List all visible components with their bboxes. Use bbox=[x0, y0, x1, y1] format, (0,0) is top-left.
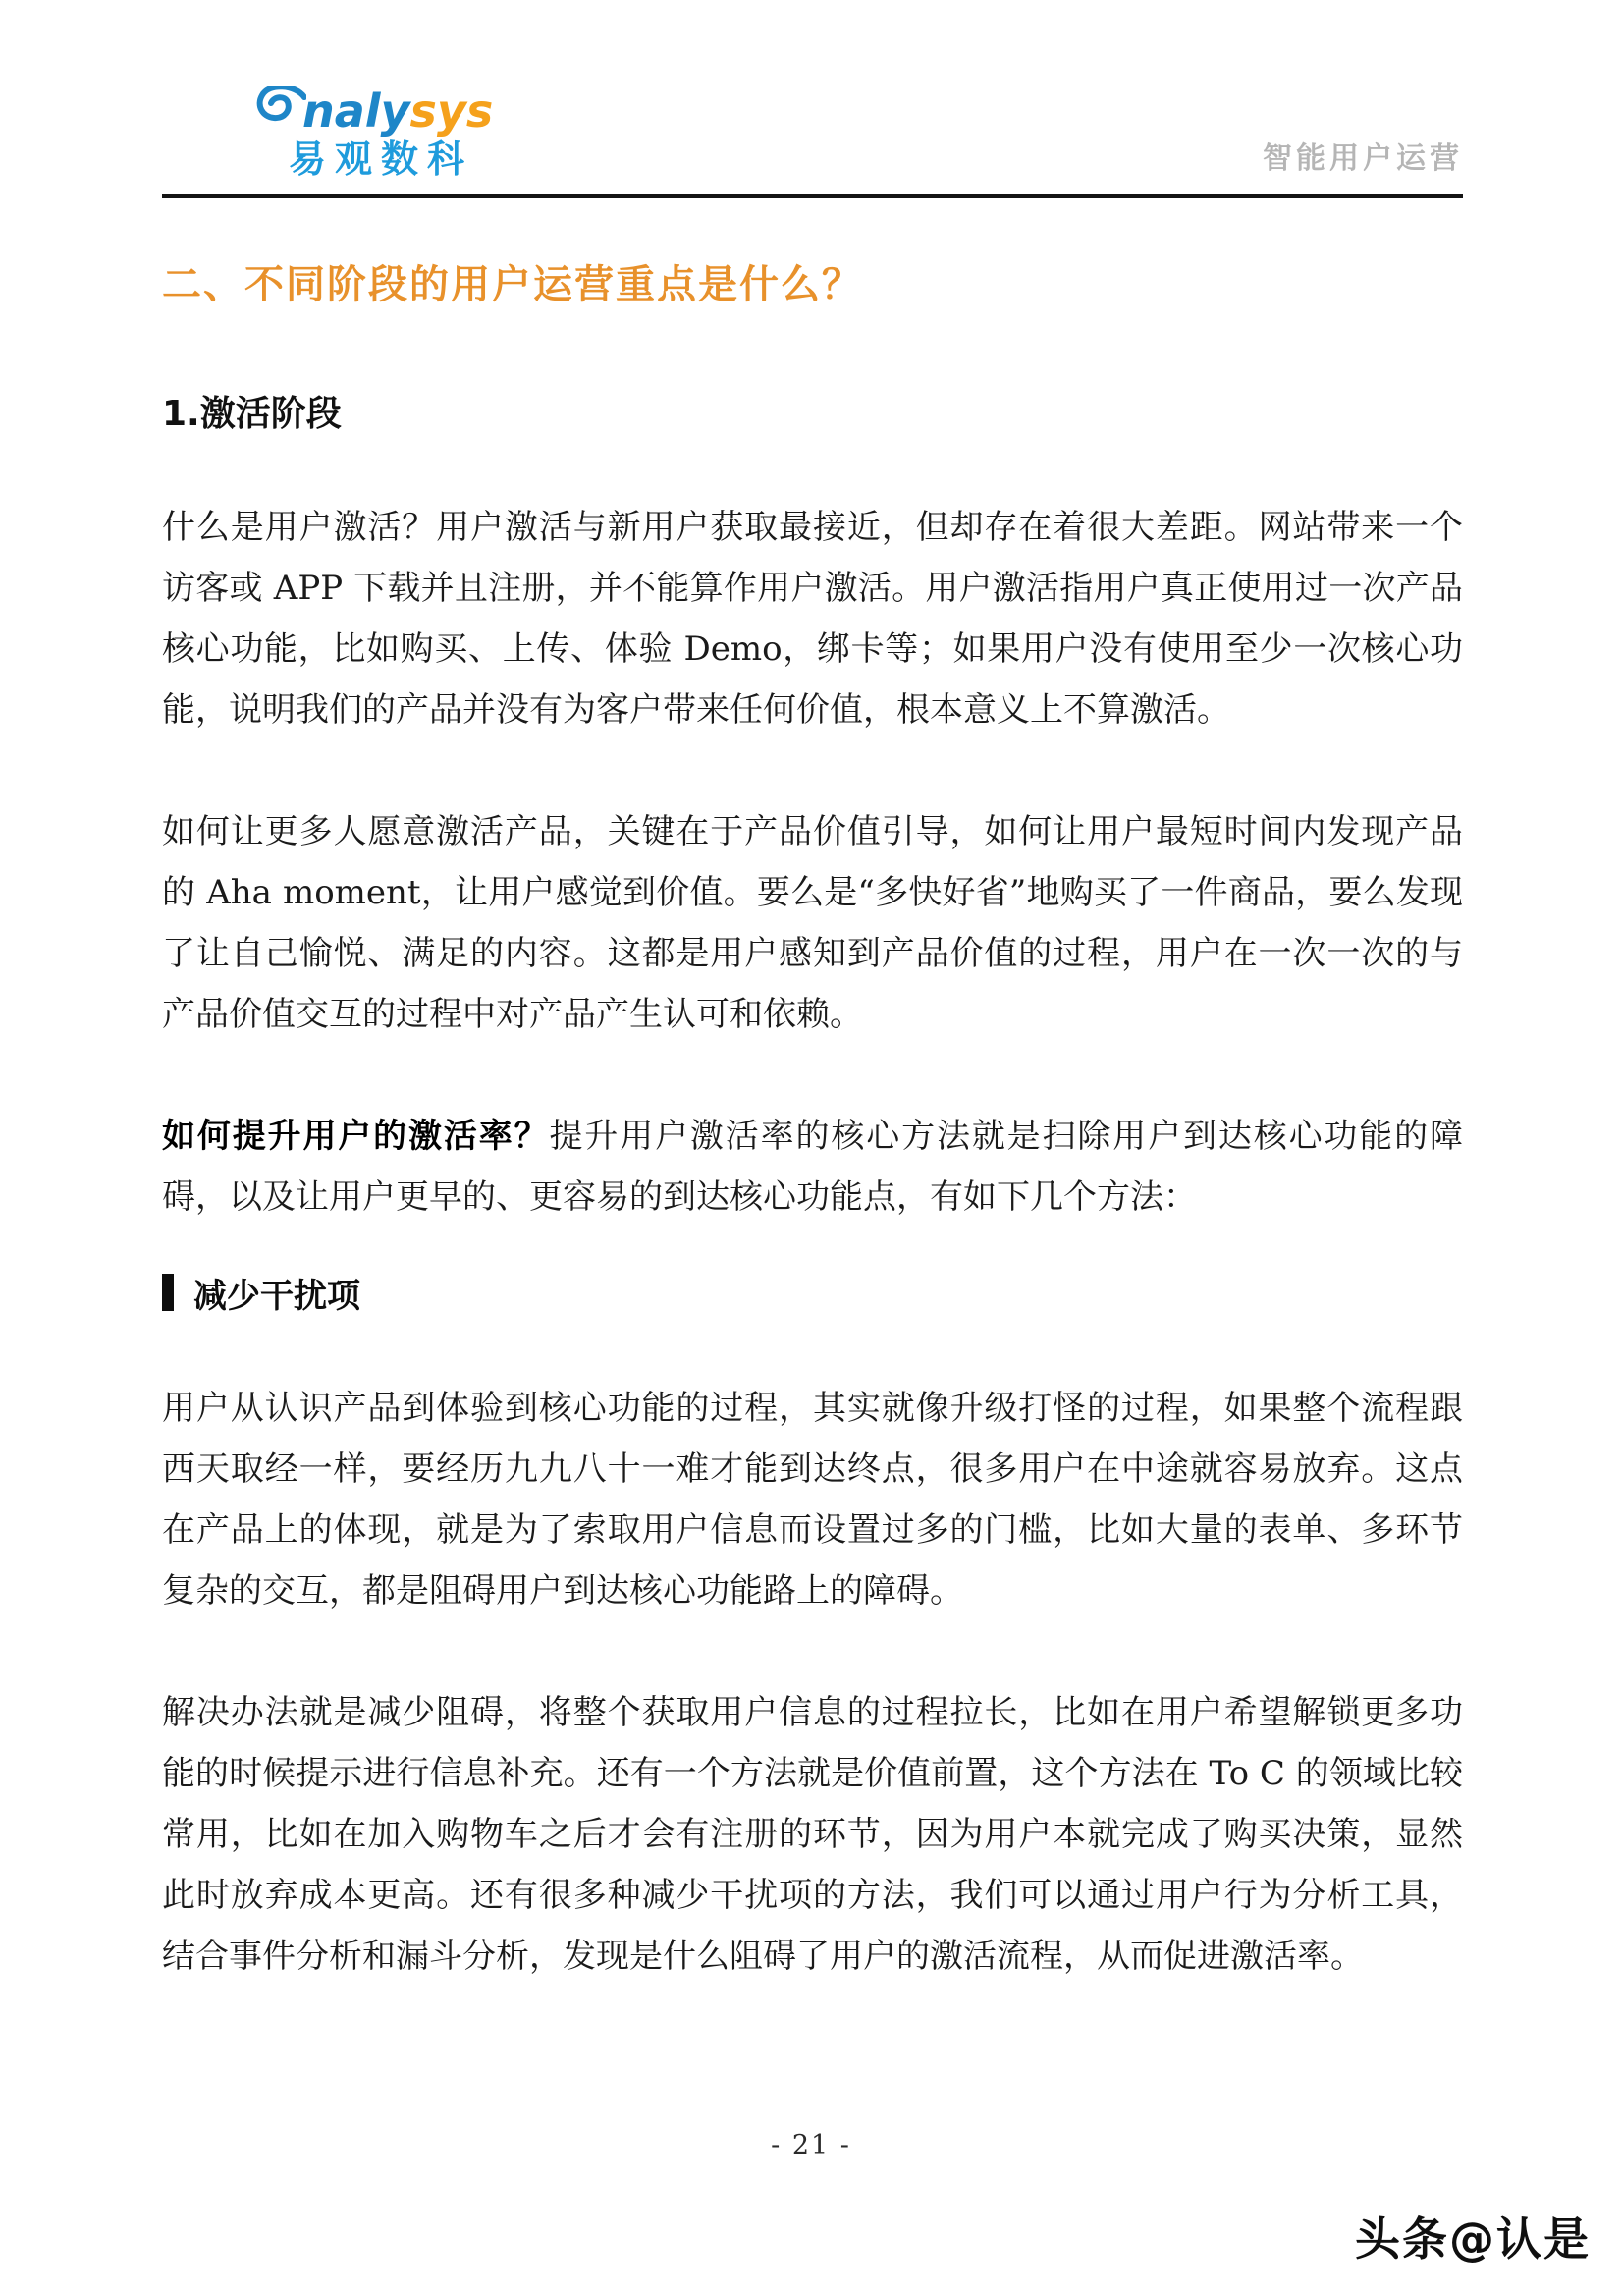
vertical-bar-icon bbox=[162, 1274, 174, 1311]
page-number: - 21 - bbox=[0, 2130, 1622, 2160]
body-paragraph-2: 如何让更多人愿意激活产品，关键在于产品价值引导，如何让用户最短时间内发现产品的 … bbox=[162, 801, 1463, 1045]
section-title: 二、不同阶段的用户运营重点是什么？ bbox=[162, 253, 1463, 309]
analysys-logo: naly sys 易观数科 bbox=[255, 86, 493, 181]
toutiao-watermark: 头条@认是 bbox=[1355, 2204, 1591, 2269]
feature-heading-row: 减少干扰项 bbox=[162, 1269, 1463, 1317]
paragraph-3-bold-lead: 如何提升用户的激活率？ bbox=[162, 1117, 549, 1156]
header-right-label: 智能用户运营 bbox=[1263, 134, 1463, 181]
body-paragraph-5: 解决办法就是减少阻碍，将整个获取用户信息的过程拉长，比如在用户希望解锁更多功能的… bbox=[162, 1682, 1463, 1987]
subsection-title: 1.激活阶段 bbox=[162, 386, 1463, 436]
logo-text-blue: naly bbox=[302, 88, 410, 134]
logo-text-orange: sys bbox=[410, 88, 494, 134]
page-header: naly sys 易观数科 智能用户运营 bbox=[162, 86, 1463, 181]
logo-chinese-name: 易观数科 bbox=[255, 139, 493, 181]
page-content: naly sys 易观数科 智能用户运营 二、不同阶段的用户运营重点是什么？ 1… bbox=[0, 0, 1622, 1987]
logo-wordmark: naly sys bbox=[255, 86, 493, 134]
header-divider bbox=[162, 194, 1463, 198]
analysys-swoosh-a-icon bbox=[255, 86, 306, 133]
feature-heading-label: 减少干扰项 bbox=[193, 1269, 360, 1317]
body-paragraph-4: 用户从认识产品到体验到核心功能的过程，其实就像升级打怪的过程，如果整个流程跟西天… bbox=[162, 1378, 1463, 1621]
body-paragraph-1: 什么是用户激活？用户激活与新用户获取最接近，但却存在着很大差距。网站带来一个访客… bbox=[162, 497, 1463, 740]
body-paragraph-3: 如何提升用户的激活率？提升用户激活率的核心方法就是扫除用户到达核心功能的障碍，以… bbox=[162, 1106, 1463, 1228]
document-page: naly sys 易观数科 智能用户运营 二、不同阶段的用户运营重点是什么？ 1… bbox=[0, 0, 1622, 2296]
